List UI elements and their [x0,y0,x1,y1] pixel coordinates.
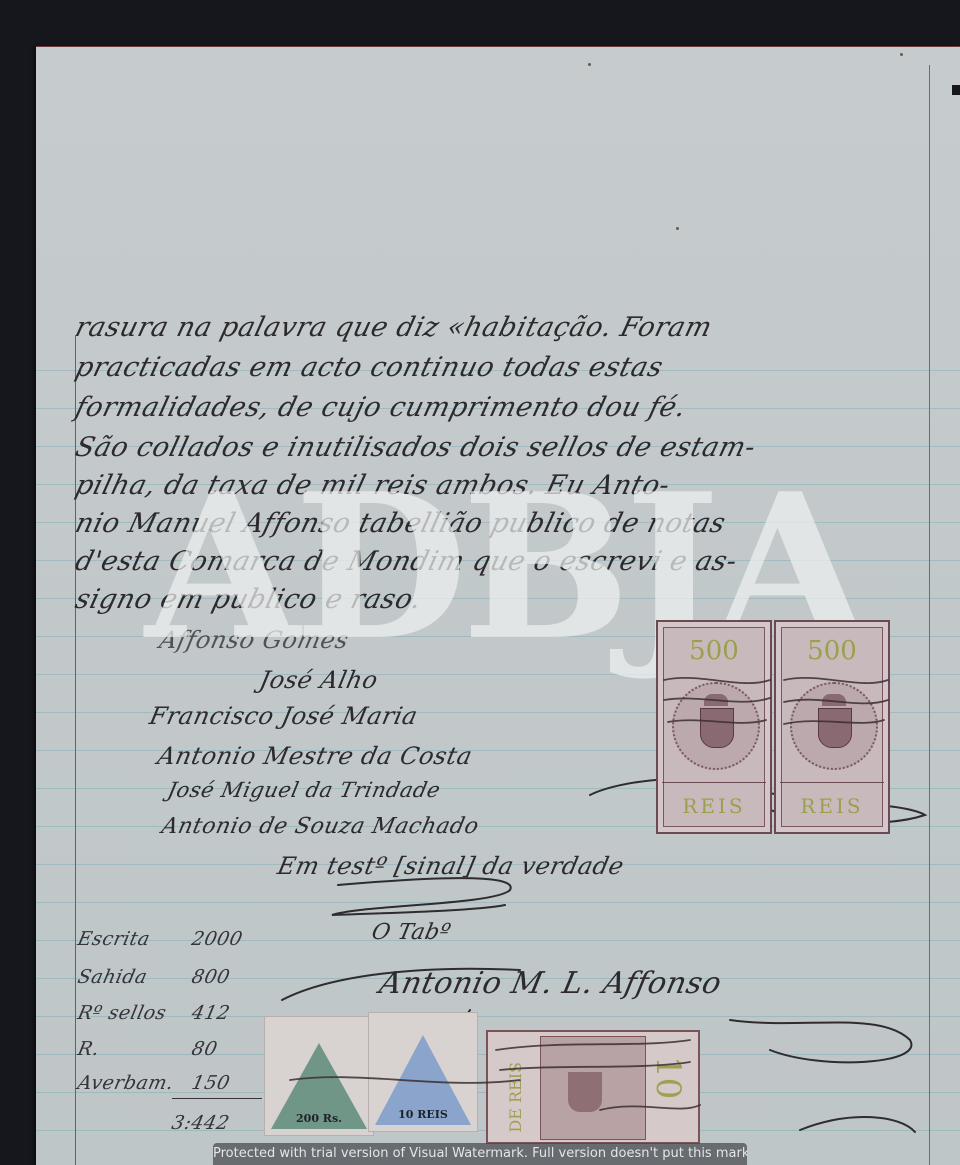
ledger-row-label: Rº sellos [76,1002,169,1024]
paper-speck [900,53,903,56]
signature-jose-alho: José Alho [257,666,381,694]
signature-antonio-mestre-da-costa: Antonio Mestre da Costa [155,742,475,770]
document-body-line: nio Manuel Affonso tabellião publico de … [72,508,729,539]
stamp-unit: REIS [776,794,888,818]
stamp-value: 500 [658,636,770,666]
stamp-10-reis-receipt: DE REIS 10 [486,1030,700,1144]
signature-antonio-souza-machado: Antonio de Souza Machado [159,814,481,839]
stamp-value: 500 [776,636,888,666]
ledger-row-amount: 150 [190,1072,232,1094]
page-corner-shadow [952,85,960,95]
signature-francisco-jose-maria: Francisco José Maria [147,702,420,730]
document-body-line: São collados e inutilisados dois sellos … [72,432,759,463]
ledger-row-label: Escrita [76,928,153,950]
coat-of-arms-icon [818,708,852,748]
ledger-row-amount: 800 [190,966,232,988]
stamp-unit: DE REIS [506,1062,525,1133]
notary-title: O Tabº [369,920,453,945]
stamp-10-reis-triangle: 10 REIS [368,1012,478,1132]
stamp-value: 10 REIS [369,1108,477,1121]
ledger-total: 3:442 [170,1112,232,1134]
paper-speck [676,227,679,230]
document-body-line: formalidades, de cujo cumprimento dou fé… [72,392,689,423]
ledger-row-label: Sahida [76,966,150,988]
stamp-value: 10 [648,1056,688,1099]
document-body-line: pilha, da taxa de mil reis ambos. Eu Ant… [72,470,673,501]
crown-icon [704,694,728,706]
ledger-sum-underline [172,1098,262,1099]
crown-icon [822,694,846,706]
document-body-line: signo em publico e raso. [72,584,425,615]
paper-speck [588,63,591,66]
ledger-row-amount: 412 [190,1002,232,1024]
ledger-row-amount: 2000 [190,928,245,950]
stamp-500-reis: 500 REIS [774,620,890,834]
document-body-line: rasura na palavra que diz «habitação. Fo… [72,312,715,343]
coat-of-arms-icon [700,708,734,748]
stamp-divider [780,782,884,783]
stamp-200-rs: 200 Rs. [264,1016,374,1136]
ledger-row-label: Averbam. [76,1072,176,1094]
ledger-row-amount: 80 [190,1038,220,1060]
stamp-500-reis: 500 REIS [656,620,772,834]
notary-attestation: Em testº [sinal] da verdade [275,852,627,880]
stamp-value: 200 Rs. [265,1112,373,1125]
document-body-line: d'esta Comarca de Mondim que o escrevi e… [72,546,740,577]
document-body-line: practicadas em acto continuo todas estas [72,352,666,383]
coat-of-arms-icon [568,1072,602,1112]
stamp-unit: REIS [658,794,770,818]
signature-affonso-gomes: Affonso Gomes [157,626,351,654]
trial-watermark-banner: Protected with trial version of Visual W… [213,1143,747,1165]
signature-jose-miguel-da-trindade: José Miguel da Trindade [165,778,442,802]
stamp-divider [662,782,766,783]
right-margin-rule [929,65,930,1165]
notary-signature: Antonio M. L. Affonso [376,966,725,1001]
